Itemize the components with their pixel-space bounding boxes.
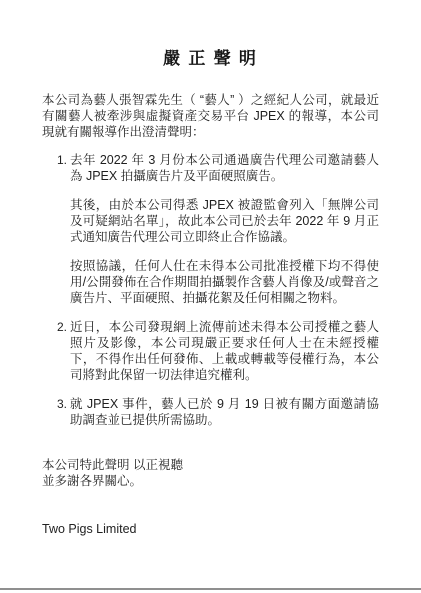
list-item-2-body: 近日，本公司發現網上流傳前述未得本公司授權之藝人照片及影像，本公司現嚴正要求任何… xyxy=(70,319,379,396)
list-item-1-number: 1. xyxy=(57,152,70,319)
company-signature: Two Pigs Limited xyxy=(42,521,379,537)
page-title: 嚴 正 聲 明 xyxy=(0,0,421,69)
list-item-1-paragraph-1: 去年 2022 年 3 月份本公司通過廣告代理公司邀請藝人為 JPEX 拍攝廣告… xyxy=(70,152,379,184)
closing-statement: 本公司特此聲明 以正視聽 並多謝各界關心。 xyxy=(42,458,379,489)
list-item-3-paragraph-1: 就 JPEX 事件，藝人已於 9 月 19 日被有關方面邀請協助調查並已提供所需… xyxy=(70,396,379,428)
intro-paragraph: 本公司為藝人張智霖先生（ “藝人” ）之經紀人公司，就最近有關藝人被牽涉與虛擬資… xyxy=(42,92,379,140)
scan-edge-line xyxy=(0,588,421,590)
list-item-1: 1. 去年 2022 年 3 月份本公司通過廣告代理公司邀請藝人為 JPEX 拍… xyxy=(57,152,379,319)
list-item-1-paragraph-2: 其後，由於本公司得悉 JPEX 被證監會列入「無牌公司及可疑網站名單」，故此本公… xyxy=(70,197,379,245)
list-item-1-paragraph-3: 按照協議，任何人仕在未得本公司批准授權下均不得使用/公開發佈在合作期間拍攝製作含… xyxy=(70,258,379,306)
closing-line-1: 本公司特此聲明 以正視聽 xyxy=(42,458,379,474)
list-item-2-paragraph-1: 近日，本公司發現網上流傳前述未得本公司授權之藝人照片及影像，本公司現嚴正要求任何… xyxy=(70,319,379,383)
list-item-3-body: 就 JPEX 事件，藝人已於 9 月 19 日被有關方面邀請協助調查並已提供所需… xyxy=(70,396,379,441)
list-item-3-number: 3. xyxy=(57,396,70,441)
list-item-2: 2. 近日，本公司發現網上流傳前述未得本公司授權之藝人照片及影像，本公司現嚴正要… xyxy=(57,319,379,396)
list-item-2-number: 2. xyxy=(57,319,70,396)
list-item-1-body: 去年 2022 年 3 月份本公司通過廣告代理公司邀請藝人為 JPEX 拍攝廣告… xyxy=(70,152,379,319)
statement-document-page: 嚴 正 聲 明 本公司為藝人張智霖先生（ “藝人” ）之經紀人公司，就最近有關藝… xyxy=(0,0,421,593)
document-body: 本公司為藝人張智霖先生（ “藝人” ）之經紀人公司，就最近有關藝人被牽涉與虛擬資… xyxy=(42,92,379,537)
closing-line-2: 並多謝各界關心。 xyxy=(42,474,379,490)
list-item-3: 3. 就 JPEX 事件，藝人已於 9 月 19 日被有關方面邀請協助調查並已提… xyxy=(57,396,379,441)
